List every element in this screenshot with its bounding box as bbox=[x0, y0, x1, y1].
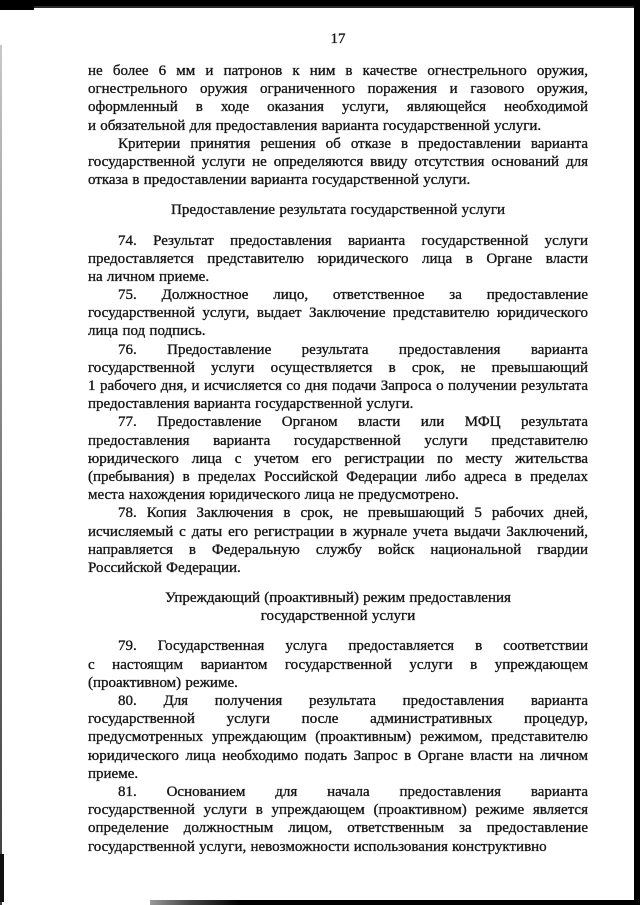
paragraph: Критерии принятия решения об отказе в пр… bbox=[88, 135, 588, 190]
text-line: государственной услуги, невозможности ис… bbox=[88, 838, 588, 856]
text-line: юридического лица необходимо подать Запр… bbox=[88, 747, 588, 765]
text-line: 76. Предоставление результата предоставл… bbox=[88, 341, 588, 359]
heading-line: Предоставление результата государственно… bbox=[88, 201, 588, 219]
text-line: 80. Для получения результата предоставле… bbox=[88, 692, 588, 710]
text-line: государственной услуги осуществляется в … bbox=[88, 359, 588, 377]
text-line: юридического лица с учетом его регистрац… bbox=[88, 450, 588, 468]
text-line: оформленный в ходе оказания услуги, явля… bbox=[88, 98, 588, 116]
text-line: 78. Копия Заключения в срок, не превышаю… bbox=[88, 504, 588, 522]
paragraph: 79. Государственная услуга предоставляет… bbox=[88, 637, 588, 692]
page-number: 17 bbox=[88, 30, 588, 48]
text-line: огнестрельного оружия ограниченного пора… bbox=[88, 80, 588, 98]
paragraph: не более 6 мм и патронов к ним в качеств… bbox=[88, 62, 588, 135]
text-line: (проактивном) режиме. bbox=[88, 674, 588, 692]
text-line: предоставления варианта государственной … bbox=[88, 432, 588, 450]
paragraph: 81. Основанием для начала предоставления… bbox=[88, 783, 588, 856]
text-line: направляется в Федеральную службу войск … bbox=[88, 541, 588, 559]
text-line: государственной услуги после администрат… bbox=[88, 710, 588, 728]
text-line: и обязательной для предоставления вариан… bbox=[88, 117, 588, 135]
text-line: отказа в предоставлении варианта государ… bbox=[88, 171, 588, 189]
text-line: не более 6 мм и патронов к ним в качеств… bbox=[88, 62, 588, 80]
text-line: с настоящим вариантом государственной ус… bbox=[88, 656, 588, 674]
text-line: 79. Государственная услуга предоставляет… bbox=[88, 637, 588, 655]
paragraph: 78. Копия Заключения в срок, не превышаю… bbox=[88, 504, 588, 577]
section-heading: Предоставление результата государственно… bbox=[88, 201, 588, 219]
text-line: государственной услуги в упреждающем (пр… bbox=[88, 801, 588, 819]
paragraph: 77. Предоставление Органом власти или МФ… bbox=[88, 413, 588, 504]
text-line: государственной услуги, выдает Заключени… bbox=[88, 304, 588, 322]
text-line: места нахождения юридического лица не пр… bbox=[88, 486, 588, 504]
scan-top-left-corner bbox=[0, 0, 34, 10]
text-line: определение должностным лицом, ответстве… bbox=[88, 819, 588, 837]
scanned-document-page: 17 не более 6 мм и патронов к ним в каче… bbox=[0, 0, 640, 905]
text-line: лица под подпись. bbox=[88, 322, 588, 340]
scan-left-bottom-mark bbox=[0, 854, 4, 902]
text-line: приеме. bbox=[88, 765, 588, 783]
heading-line: государственной услуги bbox=[88, 607, 588, 625]
text-line: (пребывания) в пределах Российской Федер… bbox=[88, 468, 588, 486]
scan-right-bar bbox=[634, 0, 640, 905]
text-line: 81. Основанием для начала предоставления… bbox=[88, 783, 588, 801]
scan-top-bar bbox=[0, 0, 640, 8]
paragraph: 76. Предоставление результата предоставл… bbox=[88, 341, 588, 414]
text-line: на личном приеме. bbox=[88, 268, 588, 286]
scan-left-edge-line bbox=[0, 45, 2, 905]
text-line: предусмотренных упреждающим (проактивным… bbox=[88, 728, 588, 746]
text-line: исчисляемый с даты его регистрации в жур… bbox=[88, 523, 588, 541]
text-line: 75. Должностное лицо, ответственное за п… bbox=[88, 286, 588, 304]
document-sheet: 17 не более 6 мм и патронов к ним в каче… bbox=[88, 30, 588, 856]
text-line: государственной услуги не определяются в… bbox=[88, 153, 588, 171]
text-line: 1 рабочего дня, и исчисляется со дня под… bbox=[88, 377, 588, 395]
paragraph: 75. Должностное лицо, ответственное за п… bbox=[88, 286, 588, 341]
document-body: не более 6 мм и патронов к ним в качеств… bbox=[88, 62, 588, 856]
heading-line: Упреждающий (проактивный) режим предоста… bbox=[88, 589, 588, 607]
text-line: 74. Результат предоставления варианта го… bbox=[88, 232, 588, 250]
text-line: 77. Предоставление Органом власти или МФ… bbox=[88, 413, 588, 431]
text-line: Критерии принятия решения об отказе в пр… bbox=[88, 135, 588, 153]
text-line: предоставления варианта государственной … bbox=[88, 395, 588, 413]
paragraph: 74. Результат предоставления варианта го… bbox=[88, 232, 588, 287]
text-line: Российской Федерации. bbox=[88, 559, 588, 577]
scan-bottom-bar bbox=[150, 900, 640, 905]
text-line: предоставляется представителю юридическо… bbox=[88, 250, 588, 268]
paragraph: 80. Для получения результата предоставле… bbox=[88, 692, 588, 783]
section-heading: Упреждающий (проактивный) режим предоста… bbox=[88, 589, 588, 625]
